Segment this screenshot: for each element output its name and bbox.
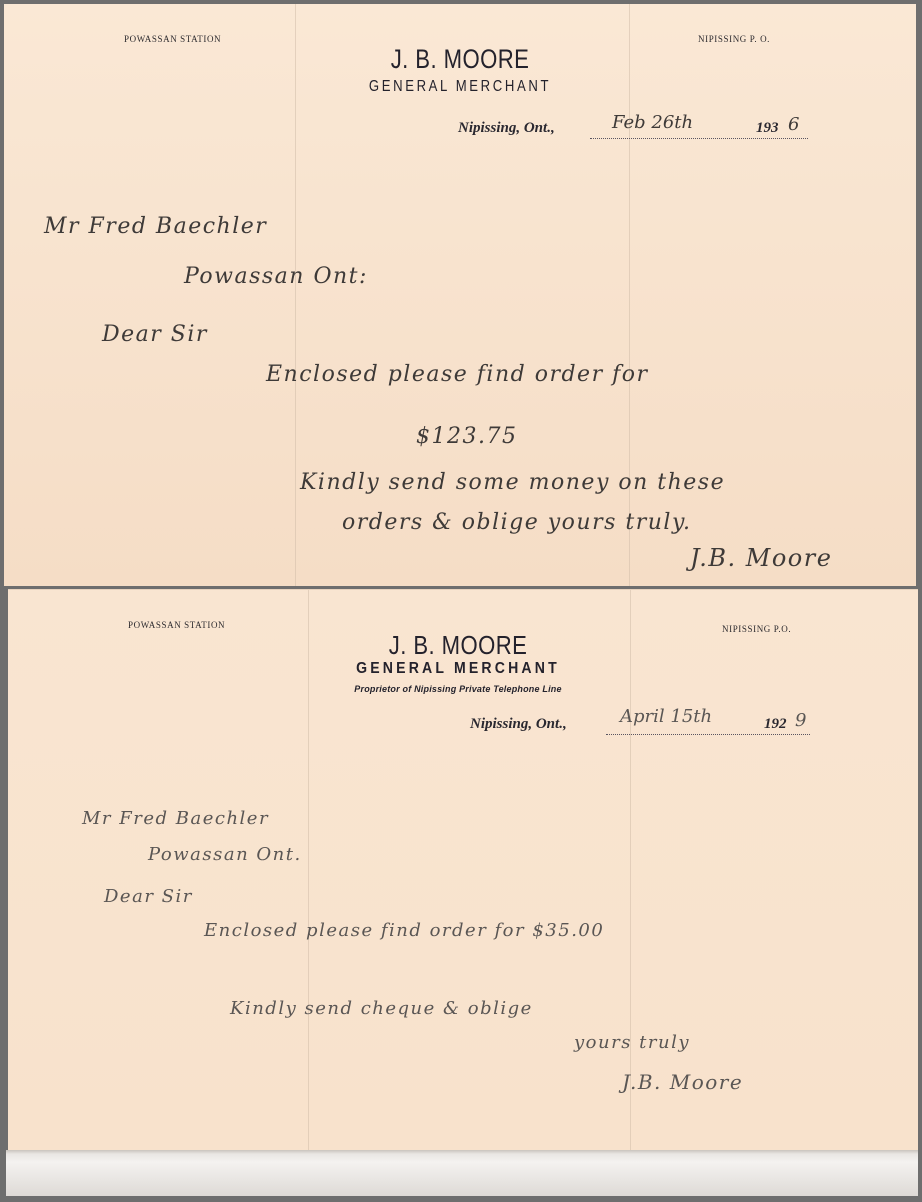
body-line-2: Kindly send some money on these xyxy=(300,470,725,495)
letterhead-subtitle: GENERAL MERCHANT xyxy=(53,660,863,678)
body-line-1: Enclosed please find order for $35.00 xyxy=(204,920,604,941)
recipient-place: Powassan Ont. xyxy=(148,844,302,865)
letterhead-subtitle: GENERAL MERCHANT xyxy=(86,78,834,96)
body-line-3: orders & oblige yours truly. xyxy=(342,510,691,535)
letter-1936: POWASSAN STATION NIPISSING P. O. J. B. M… xyxy=(4,4,916,586)
recipient-name: Mr Fred Baechler xyxy=(82,808,269,829)
signature: J.B. Moore xyxy=(690,544,832,572)
date-year-suffix: 6 xyxy=(788,114,799,135)
closing: yours truly xyxy=(574,1032,690,1053)
recipient-place: Powassan Ont: xyxy=(184,264,368,289)
letterhead-name: J. B. MOORE xyxy=(86,44,834,75)
letterhead-right-caption: NIPISSING P. O. xyxy=(698,34,770,44)
letterhead-place: Nipissing, Ont., xyxy=(470,716,567,733)
letterhead-tagline: Proprietor of Nipissing Private Telephon… xyxy=(0,684,918,694)
amount: $123.75 xyxy=(416,424,517,449)
letterhead-name: J. B. MOORE xyxy=(67,630,849,661)
date-year-prefix: 192 xyxy=(764,716,787,733)
date-year-prefix: 193 xyxy=(756,120,779,137)
date-line xyxy=(590,138,808,139)
letter-1929: POWASSAN STATION NIPISSING P.O. J. B. MO… xyxy=(8,590,918,1150)
date-month-day: Feb 26th xyxy=(612,112,693,133)
date-line xyxy=(606,734,810,735)
recipient-name: Mr Fred Baechler xyxy=(44,214,267,239)
body-line-1: Enclosed please find order for xyxy=(266,362,648,387)
greeting: Dear Sir xyxy=(102,322,208,347)
page-edge xyxy=(6,1150,918,1196)
date-year-suffix: 9 xyxy=(795,710,806,731)
body-line-2: Kindly send cheque & oblige xyxy=(230,998,533,1019)
letterhead-place: Nipissing, Ont., xyxy=(458,120,555,137)
date-month-day: April 15th xyxy=(620,706,712,727)
letterhead-left-caption: POWASSAN STATION xyxy=(124,34,221,44)
greeting: Dear Sir xyxy=(104,886,193,907)
signature: J.B. Moore xyxy=(622,1070,743,1094)
letterhead-left-caption: POWASSAN STATION xyxy=(128,620,225,630)
